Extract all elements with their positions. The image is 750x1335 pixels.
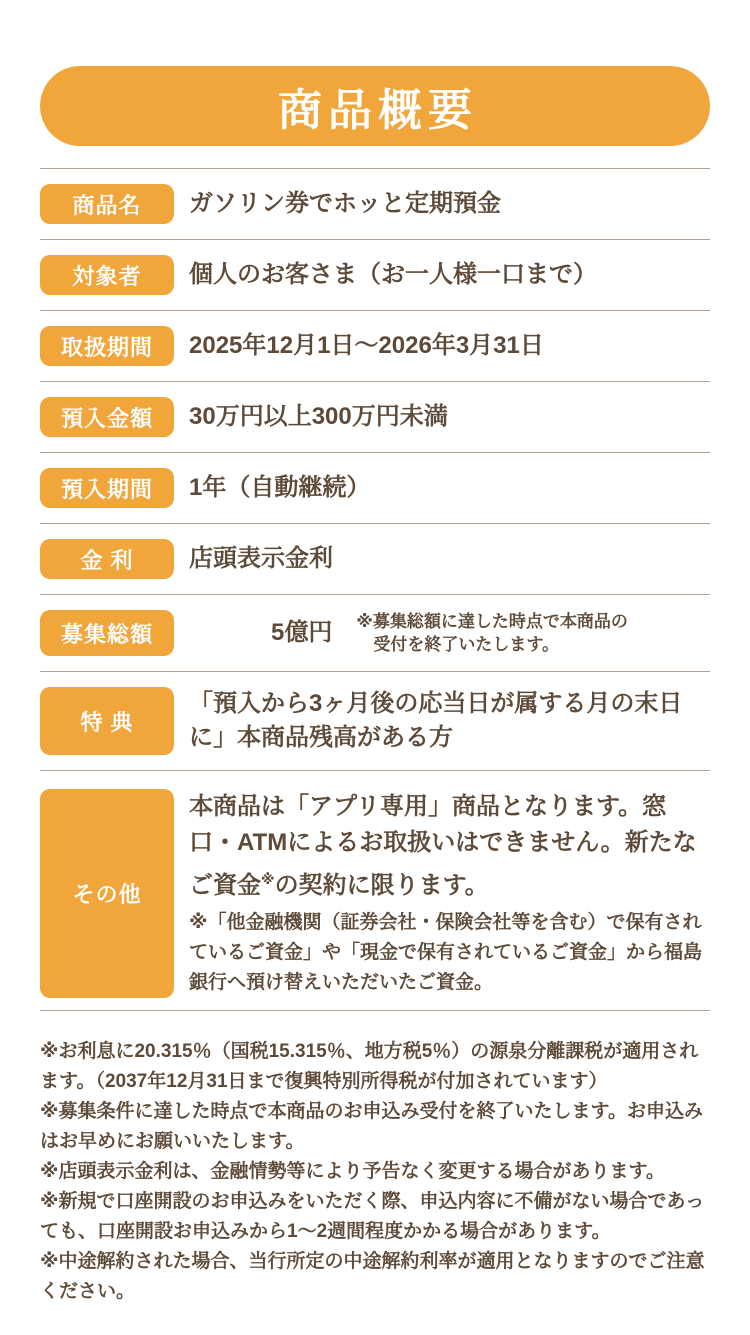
row-interest-rate: 金 利 店頭表示金利 xyxy=(40,524,710,595)
product-name-value: ガソリン券でホッと定期預金 xyxy=(189,184,710,224)
interest-rate-value: 店頭表示金利 xyxy=(189,539,710,579)
row-total-offering: 募集総額 5億円 ※募集総額に達した時点で本商品の 受付を終了いたします。 xyxy=(40,595,710,672)
row-benefit: 特 典 「預入から3ヶ月後の応当日が属する月の末日に」本商品残高がある方 xyxy=(40,672,710,771)
footer-note-account-opening: ※新規で口座開設のお申込みをいただく際、申込内容に不備がない場合であっても、口座… xyxy=(40,1187,710,1247)
label-badge-interest-rate: 金 利 xyxy=(40,539,174,579)
label-badge-deposit-amount: 預入金額 xyxy=(40,397,174,437)
benefit-value: 「預入から3ヶ月後の応当日が属する月の末日に」本商品残高がある方 xyxy=(189,687,710,755)
handling-period-value: 2025年12月1日～2026年3月31日 xyxy=(189,326,710,366)
target-customer-value: 個人のお客さま（お一人様一口まで） xyxy=(189,255,710,295)
total-offering-note-line1: ※募集総額に達した時点で本商品の xyxy=(356,612,628,631)
footer-note-early-cancel: ※中途解約された場合、当行所定の中途解約利率が適用となりますのでご注意ください。 xyxy=(40,1247,710,1307)
other-main-after: の契約に限ります。 xyxy=(275,872,489,899)
total-offering-value: 5億円 xyxy=(271,613,332,653)
label-badge-target-customer: 対象者 xyxy=(40,255,174,295)
label-badge-handling-period: 取扱期間 xyxy=(40,326,174,366)
label-badge-benefit: 特 典 xyxy=(40,687,174,755)
footer-note-offering-close: ※募集条件に達した時点で本商品のお申込み受付を終了いたします。お申込みはお早めに… xyxy=(40,1097,710,1157)
footer-note-rate-change: ※店頭表示金利は、金融情勢等により予告なく変更する場合があります。 xyxy=(40,1157,710,1187)
other-note-text: ※「他金融機関（証券会社・保険会社等を含む）で保有されているご資金」や「現金で保… xyxy=(189,908,710,998)
label-badge-deposit-term: 預入期間 xyxy=(40,468,174,508)
total-offering-note-line2: 受付を終了いたします。 xyxy=(356,633,628,656)
label-badge-other: その他 xyxy=(40,789,174,998)
deposit-amount-value: 30万円以上300万円未満 xyxy=(189,397,710,437)
label-badge-total-offering: 募集総額 xyxy=(40,610,174,656)
row-other: その他 本商品は「アプリ専用」商品となります。窓口・ATMによるお取扱いはできま… xyxy=(40,771,710,1011)
row-target-customer: 対象者 個人のお客さま（お一人様一口まで） xyxy=(40,240,710,311)
page-title: 商品概要 xyxy=(272,74,478,138)
row-deposit-amount: 預入金額 30万円以上300万円未満 xyxy=(40,382,710,453)
row-handling-period: 取扱期間 2025年12月1日～2026年3月31日 xyxy=(40,311,710,382)
other-main-text: 本商品は「アプリ専用」商品となります。窓口・ATMによるお取扱いはできません。新… xyxy=(189,789,710,904)
product-overview-page: 商品概要 商品名 ガソリン券でホッと定期預金 対象者 個人のお客さま（お一人様一… xyxy=(0,0,750,1335)
product-summary-table: 商品名 ガソリン券でホッと定期預金 対象者 個人のお客さま（お一人様一口まで） … xyxy=(40,168,710,1011)
footer-note-tax: ※お利息に20.315％（国税15.315％、地方税5％）の源泉分離課税が適用さ… xyxy=(40,1037,710,1097)
page-title-banner: 商品概要 xyxy=(40,66,710,146)
total-offering-note: ※募集総額に達した時点で本商品の 受付を終了いたします。 xyxy=(356,610,628,656)
label-badge-product-name: 商品名 xyxy=(40,184,174,224)
deposit-term-value: 1年（自動継続） xyxy=(189,468,710,508)
reference-mark: ※ xyxy=(261,871,275,887)
row-deposit-term: 預入期間 1年（自動継続） xyxy=(40,453,710,524)
footer-notes: ※お利息に20.315％（国税15.315％、地方税5％）の源泉分離課税が適用さ… xyxy=(40,1037,710,1307)
row-product-name: 商品名 ガソリン券でホッと定期預金 xyxy=(40,169,710,240)
